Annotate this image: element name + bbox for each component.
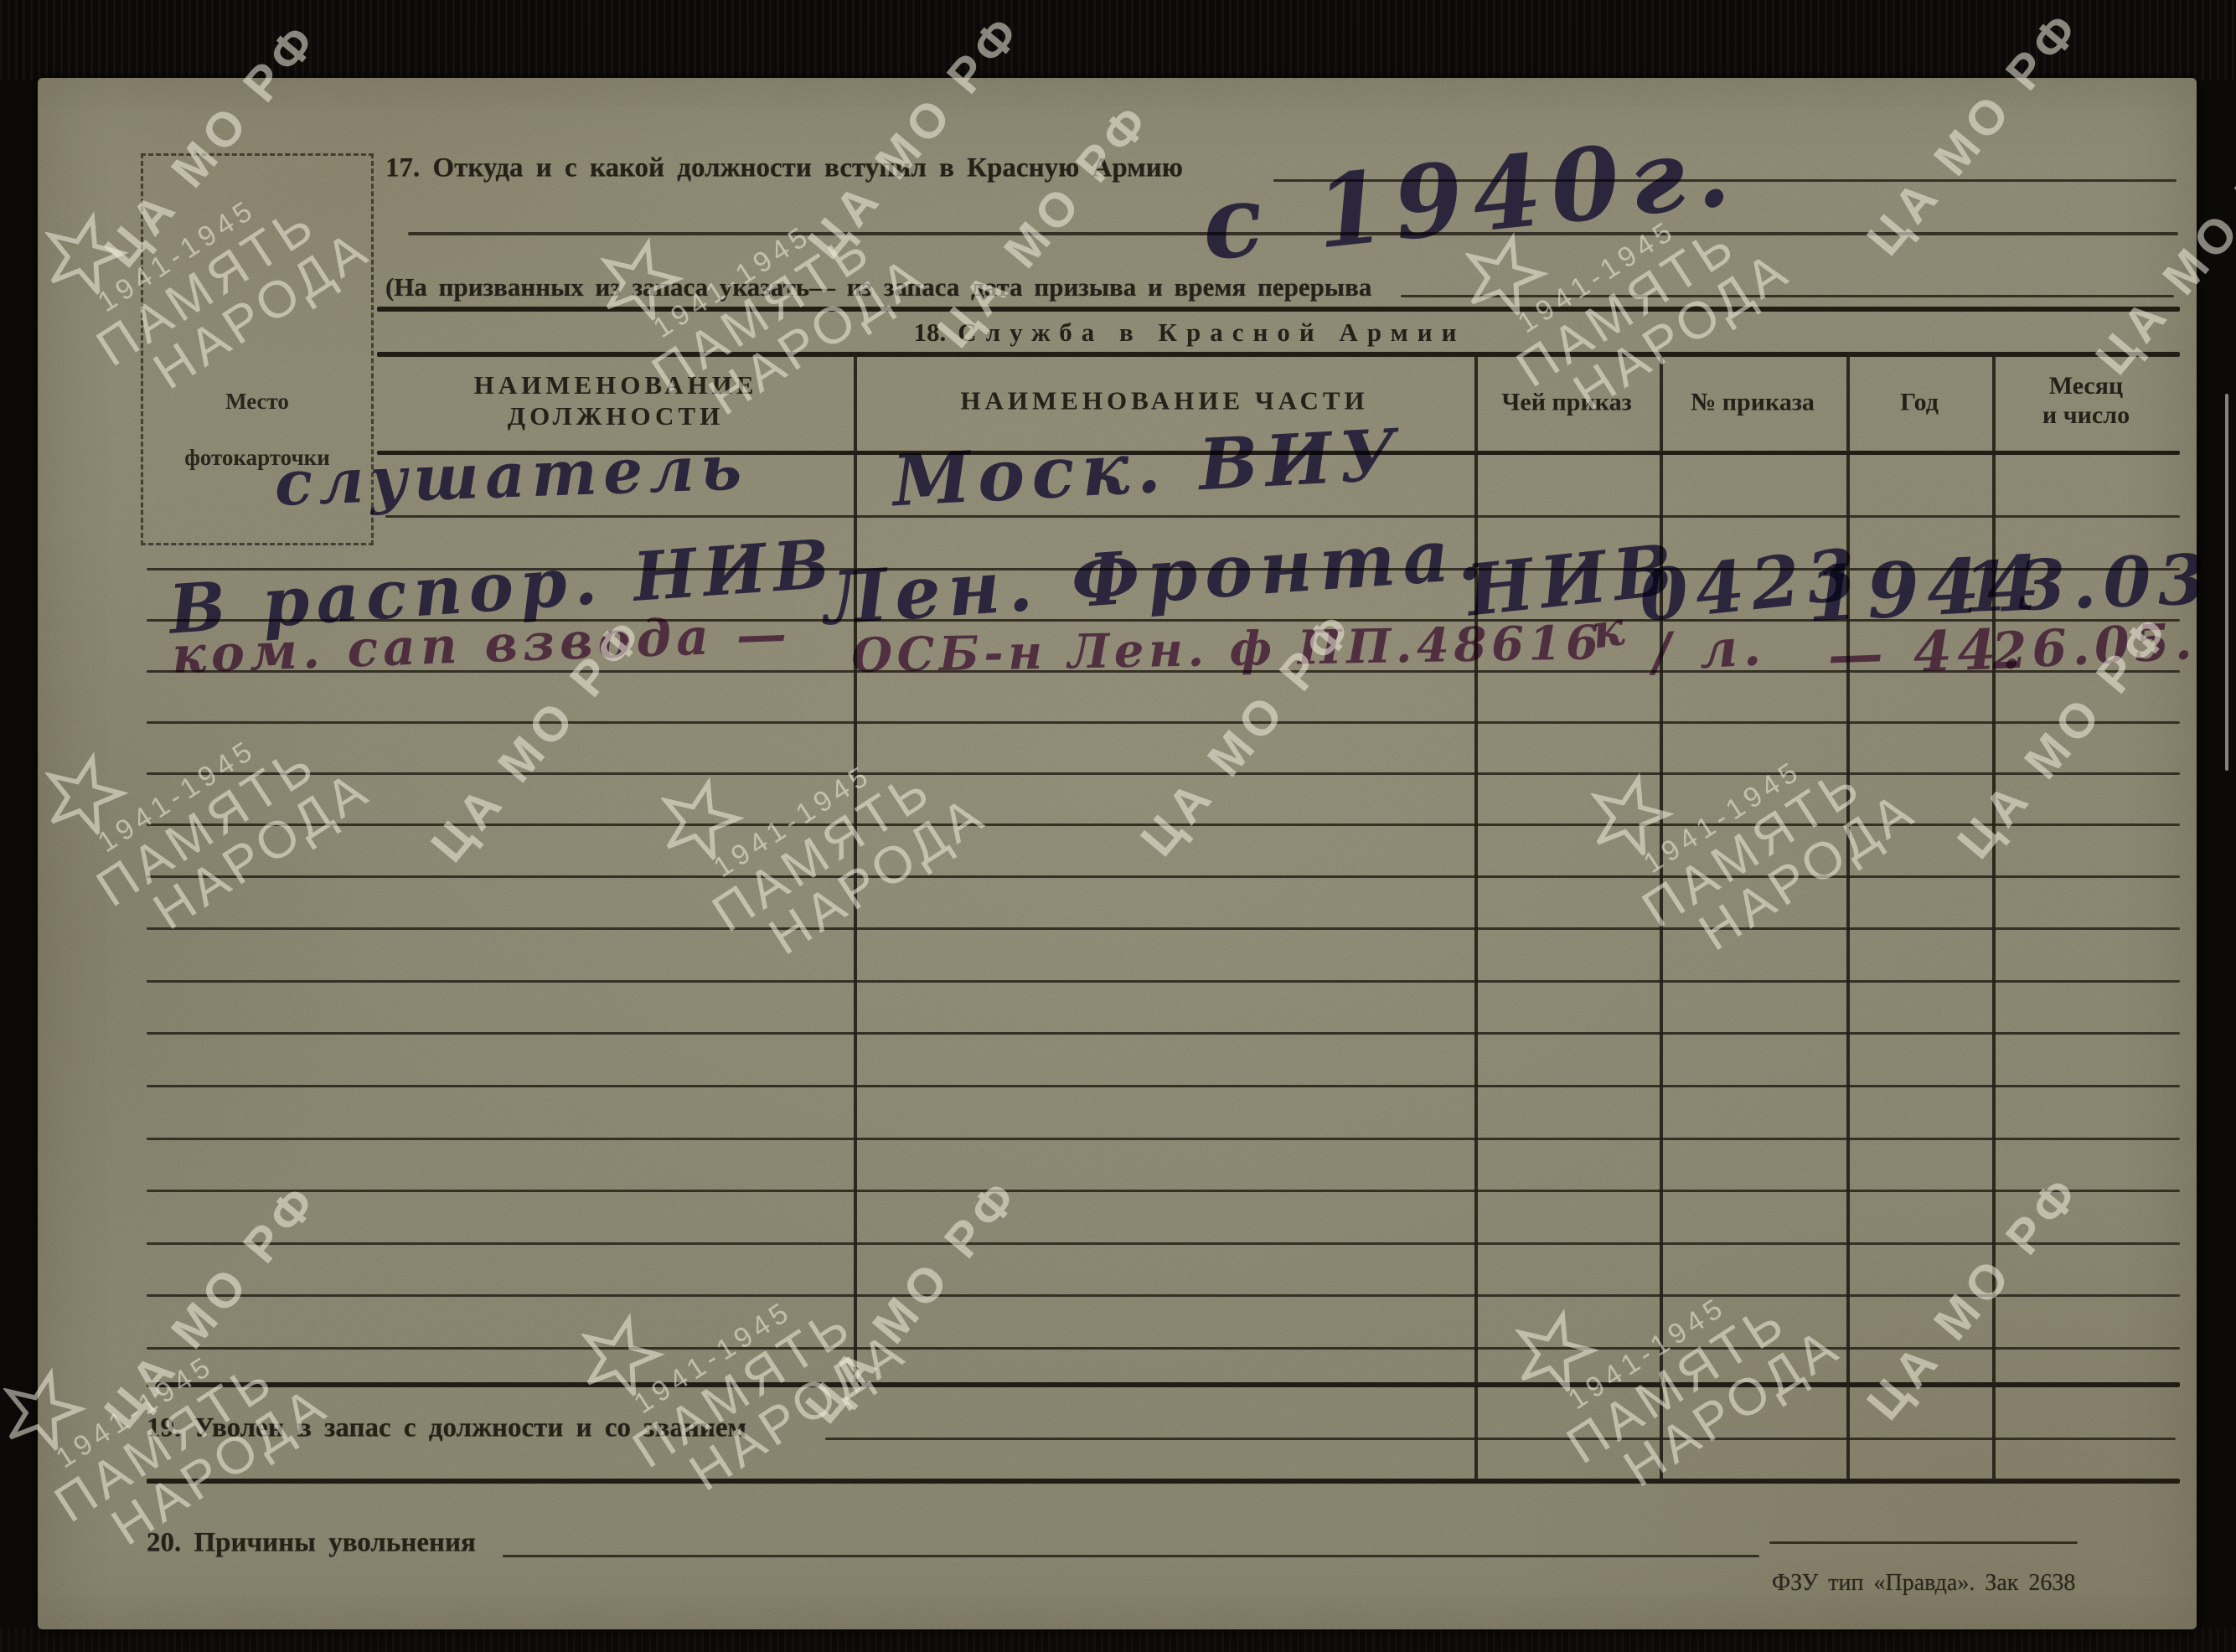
rule-line: [147, 1294, 2180, 1297]
rule-line: [147, 1190, 2180, 1192]
field17-label: 17. Откуда и с какой должности вступил в…: [385, 153, 1183, 184]
reserve-note: (На призванных из запаса указать— из зап…: [385, 272, 1371, 302]
rule-line-thick: [147, 1479, 2180, 1484]
row3-date: 26.05.: [1991, 612, 2198, 682]
rule-line: [147, 1138, 2180, 1140]
col-header-position: НАИМЕНОВАНИЕ ДОЛЖНОСТИ: [474, 369, 758, 431]
column-divider: [1846, 352, 1850, 1481]
rule-line-thick: [377, 307, 2180, 312]
section18-number: 18.: [914, 317, 947, 347]
rule-line: [503, 1555, 1759, 1557]
rule-line-thick: [147, 1382, 2180, 1387]
col-header-whose-order: Чей приказ: [1501, 388, 1631, 417]
rule-line: [147, 1032, 2180, 1035]
field19-label: 19. Уволен в запас с должности и со зван…: [147, 1413, 746, 1444]
rule-line: [147, 1085, 2180, 1087]
rule-line-thick: [377, 352, 2180, 357]
photo-box-label-line1: Место: [143, 389, 371, 415]
column-divider: [1992, 352, 1996, 1481]
rule-line: [1769, 1541, 2078, 1544]
col-header-year: Год: [1900, 388, 1939, 417]
rule-line: [147, 1347, 2180, 1350]
col-header-whose-order-line1: Чей приказ: [1501, 388, 1631, 417]
scan-edge-sliver: [2225, 394, 2228, 771]
scanner-streaks-bottom: [0, 1627, 2236, 1652]
col-header-position-line1: НАИМЕНОВАНИЕ: [474, 369, 758, 400]
rule-line: [147, 772, 2180, 775]
rule-line: [147, 927, 2180, 930]
section18-text: Служба в Красной Армии: [958, 317, 1465, 347]
col-header-unit-line1: НАИМЕНОВАНИЕ ЧАСТИ: [960, 385, 1368, 416]
column-divider: [1660, 352, 1663, 1481]
rule-line: [1401, 295, 2174, 297]
rule-line: [825, 1438, 2176, 1440]
col-header-unit: НАИМЕНОВАНИЕ ЧАСТИ: [960, 385, 1368, 416]
col-header-position-line2: ДОЛЖНОСТИ: [474, 400, 758, 431]
col-header-order-no-line1: № приказа: [1691, 388, 1815, 417]
rule-line: [147, 875, 2180, 878]
scanned-document-screen: Место фотокарточки 17. Откуда и с какой …: [0, 0, 2236, 1652]
col-header-year-line1: Год: [1900, 388, 1939, 417]
section18-title: 18.Служба в Красной Армии: [914, 317, 1466, 348]
rule-line: [147, 980, 2180, 983]
rule-line: [147, 721, 2180, 724]
col-header-order-no: № приказа: [1691, 388, 1815, 417]
row3-order-no: / л.: [1650, 616, 1768, 683]
col-header-month-day-line1: Месяц: [2042, 371, 2130, 400]
rule-line: [147, 823, 2180, 826]
row3-order-by: к: [1588, 600, 1632, 659]
rule-line: [147, 1242, 2180, 1245]
col-header-month-day-line2: и число: [2042, 400, 2130, 430]
col-header-month-day: Месяц и число: [2042, 371, 2130, 430]
printer-imprint: ФЗУ тип «Правда». Зак 2638: [1772, 1570, 2075, 1597]
column-divider: [854, 352, 857, 1385]
rule-line: [385, 515, 2180, 518]
scanner-streaks-top: [0, 0, 2236, 80]
field20-label: 20. Причины увольнения: [147, 1528, 476, 1559]
